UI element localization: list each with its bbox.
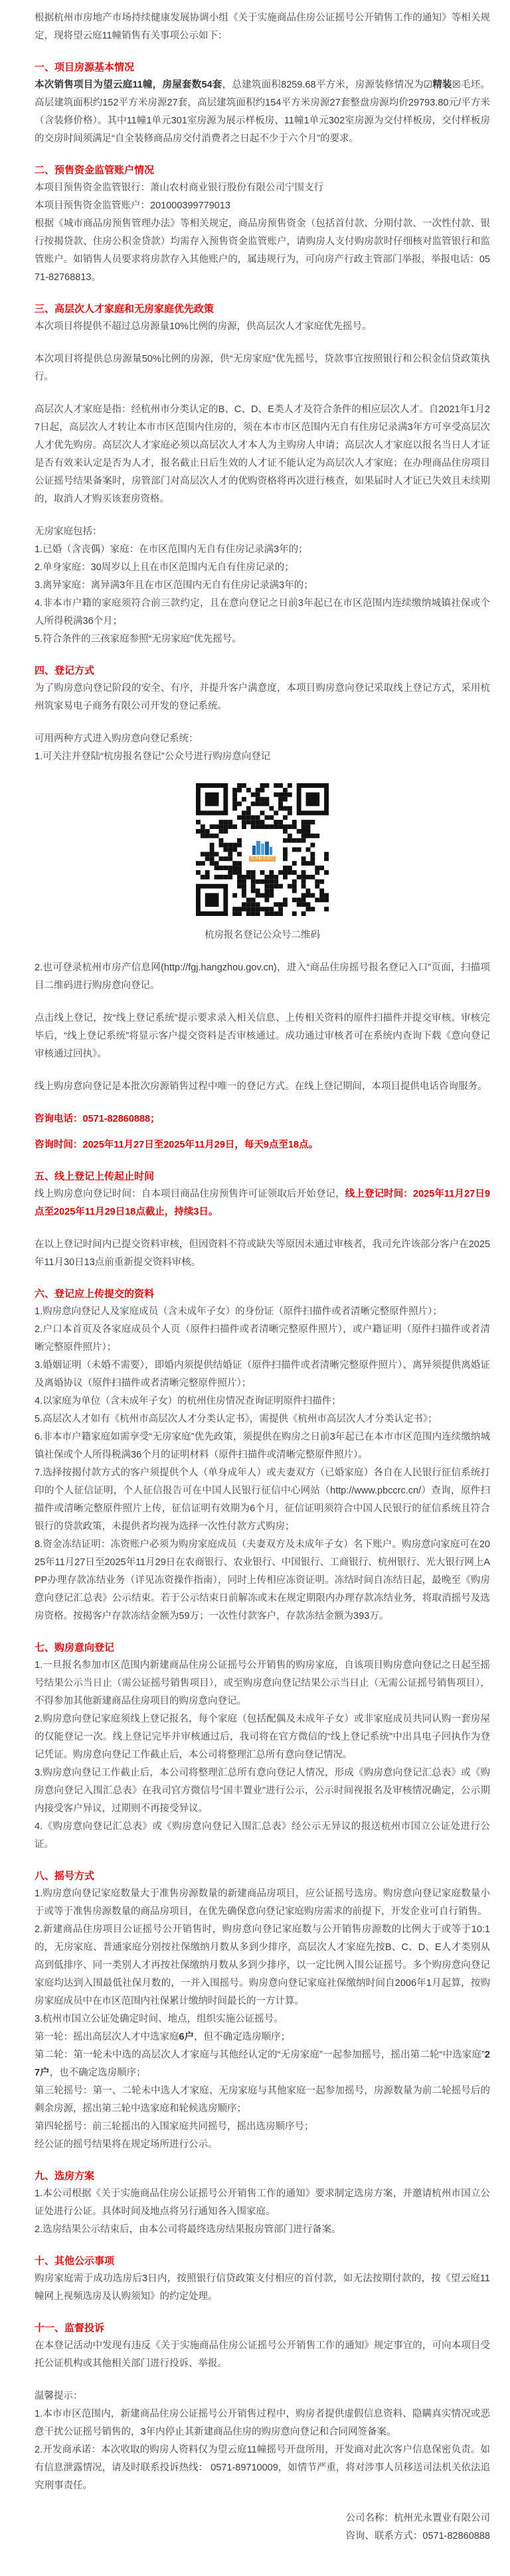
text-segment: 2.购房意向登记家庭须线上登记报名，每个家庭（包括配偶及未成年子女）或非家庭成员… <box>35 1714 490 1760</box>
text-segment: 1.购房意向登记家庭数量大于准售房源数量的新建商品房项目，应公证摇号选房。购房意… <box>35 1888 490 1917</box>
text-segment: 1.可关注并登陆“杭房报名登记”公众号进行购房意向登记 <box>35 751 270 762</box>
paragraph: 点击线上登记，按“线上登记系统”提示要求录入相关信息、上传相关资料的原件扫描件并… <box>35 1010 490 1063</box>
paragraph: 3.离异家庭：离异满3年且在市区范围内无自有住房记录满3年的； <box>35 577 490 595</box>
text-segment: 2.单身家庭：30周岁以上且在市区范围内无自有住房记录的； <box>35 562 294 573</box>
text-segment: 温馨提示： <box>35 2391 83 2401</box>
section-heading: 五、线上登记上传起止时间 <box>35 1168 490 1185</box>
paragraph: 在本登记活动中发现有违反《关于实施商品住房公证摇号公开销售工作的通知》规定事宜的… <box>35 2337 490 2373</box>
text-segment: 2.新建商品住房项目公证摇号公开销售时，购房意向登记家庭数与公开销售房源数的比例… <box>35 1924 490 2007</box>
text-segment: 点击线上登记，按“线上登记系统”提示要求录入相关信息、上传相关资料的原件扫描件并… <box>35 1013 490 1059</box>
paragraph: 可用两种方式进入购房意向登记系统： <box>35 730 490 748</box>
text-segment: 1.本市市区范围内，新建商品住房公证摇号公开销售过程中，购房者提供虚假信息资料、… <box>35 2409 490 2437</box>
paragraph: 5.高层次人才如有《杭州市高层次人才分类认定书》，需提供《杭州市高层次人才分类认… <box>35 1410 490 1428</box>
qr-caption: 杭房报名登记公众号二维码 <box>35 927 490 945</box>
paragraph: 咨询时间：2025年11月27日至2025年11月29日，每天9点至18点。 <box>35 1136 490 1154</box>
text-segment: 5.符合条件的三孩家庭参照“无房家庭”优先摇号。 <box>35 634 242 644</box>
qr-logo-text: 杭房报名登记 <box>249 856 276 862</box>
paragraph: 温馨提示： <box>35 2387 490 2405</box>
section-heading: 八、摇号方式 <box>35 1867 490 1885</box>
text-segment: 在本登记活动中发现有违反《关于实施商品住房公证摇号公开销售工作的通知》规定事宜的… <box>35 2340 490 2369</box>
text-segment: 2.户口本首页及各家庭成员个人页（原件扫描件或者清晰完整原件照片），或户籍证明（… <box>35 1324 490 1353</box>
paragraph: 1.已婚（含丧偶）家庭：在市区范围内无自有住房记录满3年的； <box>35 541 490 559</box>
paragraph: 8.资金冻结证明：冻资账户必须为购房家庭成员（夫妻双方及未成年子女）名下账户。购… <box>35 1536 490 1626</box>
paragraph: 经公证的摇号结果将在规定场所进行公示。 <box>35 2136 490 2154</box>
text-segment: 咨询电话：0571-82860888； <box>35 1114 160 1124</box>
paragraph: 高层次人才家庭是指：经杭州市分类认定的B、C、D、E类人才及符合条件的相应层次人… <box>35 401 490 508</box>
qr-code-block: 杭房报名登记杭房报名登记公众号二维码 <box>35 783 490 945</box>
paragraph: 2.新建商品住房项目公证摇号公开销售时，购房意向登记家庭数与公开销售房源数的比例… <box>35 1921 490 2010</box>
paragraph: 根据《城市商品房预售管理办法》等相关规定，商品房预售资金（包括首付款、分期付款、… <box>35 215 490 287</box>
section-heading: 七、购房意向登记 <box>35 1639 490 1657</box>
paragraph: 第一轮：摇出高层次人才中选家庭6户，但不确定选房顺序； <box>35 2028 490 2046</box>
text-segment: 咨询时间：2025年11月27日至2025年11月29日，每天9点至18点。 <box>35 1140 318 1150</box>
text-segment: 本项目预售资金监管账户：201000399779013 <box>35 200 230 211</box>
text-segment: 根据《城市商品房预售管理办法》等相关规定，商品房预售资金（包括首付款、分期付款、… <box>35 218 490 283</box>
qr-logo-buildings-icon <box>252 840 272 855</box>
paragraph: 为了购房意向登记阶段的安全、有序，并提升客户满意度，本项目购房意向登记采取线上登… <box>35 680 490 716</box>
announcement-document: 根据杭州市房地产市场持续健康发展协调小组《关于实施商品住房公证摇号公开销售工作的… <box>0 0 510 2576</box>
section-heading: 一、项目房源基本情况 <box>35 58 490 76</box>
paragraph: 3.婚姻证明（未婚不需要），即婚内须提供结婚证（原件扫描件或者清晰完整原件照片）… <box>35 1357 490 1393</box>
text-segment: 2.也可登录杭州市房产信息网(http://fgj.hangzhou.gov.c… <box>35 962 490 991</box>
paragraph: 7.选择按揭付款方式的客户须提供个人（单身成年人）或夫妻双方（已婚家庭）各自在人… <box>35 1464 490 1536</box>
text-segment: 第三轮摇号：第一、二轮未中选人才家庭、无房家庭与其他家庭一起参加摇号，房源数量为… <box>35 2085 490 2114</box>
text-segment: 3.婚姻证明（未婚不需要），即婚内须提供结婚证（原件扫描件或者清晰完整原件照片）… <box>35 1360 490 1389</box>
text-segment: 1.本公司根据《关于实施商品住房公证摇号公开销售工作的通知》要求制定选房方案，并… <box>35 2188 490 2217</box>
paragraph: 本项目预售资金监管账户：201000399779013 <box>35 197 490 215</box>
paragraph: 1.购房意向登记家庭数量大于准售房源数量的新建商品房项目，应公证摇号选房。购房意… <box>35 1885 490 1921</box>
paragraph: 线上购房意向登记是本批次房源销售过程中唯一的登记方式。在线上登记期间，本项目提供… <box>35 1078 490 1096</box>
text-segment: 在以上登记时间内已提交资料审核，但因资料不符或缺失等原因未通过审核者，我司允许该… <box>35 1239 490 1268</box>
paragraph: 在以上登记时间内已提交资料审核，但因资料不符或缺失等原因未通过审核者，我司允许该… <box>35 1236 490 1272</box>
text-segment: 本次项目将提供总房源量50%比例的房源，供“无房家庭”优先摇号，贷款事宜按照银行… <box>35 354 490 382</box>
text-segment: 2.开发商承诺：本次收取的购房人资料仅为望云庭11幢摇号开盘所用，开发商对此次客… <box>35 2445 490 2491</box>
paragraph: 2.也可登录杭州市房产信息网(http://fgj.hangzhou.gov.c… <box>35 959 490 995</box>
paragraph: 本次项目将提供总房源量50%比例的房源，供“无房家庭”优先摇号，贷款事宜按照银行… <box>35 350 490 386</box>
text-segment: 1.购房意向登记人及家庭成员（含未成年子女）的身份证（原件扫描件或者清晰完整原件… <box>35 1306 442 1317</box>
text-segment: 公司名称：杭州光永置业有限公司 <box>346 2513 491 2524</box>
text-segment: 6户 <box>179 2032 195 2042</box>
text-segment: 3.离异家庭：离异满3年且在市区范围内无自有住房记录满3年的； <box>35 580 313 591</box>
text-segment: ☑精装 <box>424 80 452 90</box>
paragraph: 6.非本市户籍家庭如需享受“无房家庭”优先政策，须提供在购房之日前3年起已在本市… <box>35 1428 490 1464</box>
text-segment: 1.已婚（含丧偶）家庭：在市区范围内无自有住房记录满3年的； <box>35 544 308 555</box>
text-segment: 无房家庭包括： <box>35 526 102 537</box>
text-segment: 购房家庭需于成功选房后3日内，按照银行信贷政策支付相应的首付款，如无法按期付款的… <box>35 2273 490 2302</box>
text-segment: 线上购房意向登记是本批次房源销售过程中唯一的登记方式。在线上登记期间，本项目提供… <box>35 1081 487 1092</box>
text-segment: 第一轮：摇出高层次人才中选家庭 <box>35 2032 179 2042</box>
text-segment: 高层次人才家庭是指：经杭州市分类认定的B、C、D、E类人才及符合条件的相应层次人… <box>35 404 490 504</box>
section-heading: 四、登记方式 <box>35 662 490 680</box>
paragraph: 根据杭州市房地产市场持续健康发展协调小组《关于实施商品住房公证摇号公开销售工作的… <box>35 9 490 45</box>
paragraph: 无房家庭包括： <box>35 523 490 541</box>
paragraph: 3.购房意向登记工作截止后，本公司将整理汇总所有意向登记人情况，形成《购房意向登… <box>35 1764 490 1818</box>
text-segment: 2.选房结果公示结束后，由本公司将最终选房结果报房管部门进行备案。 <box>35 2224 341 2235</box>
text-segment: 3.购房意向登记工作截止后，本公司将整理汇总所有意向登记人情况，形成《购房意向登… <box>35 1768 490 1814</box>
paragraph: 1.本公司根据《关于实施商品住房公证摇号公开销售工作的通知》要求制定选房方案，并… <box>35 2185 490 2221</box>
section-heading: 十、其他公示事项 <box>35 2252 490 2270</box>
text-segment: 根据杭州市房地产市场持续健康发展协调小组《关于实施商品住房公证摇号公开销售工作的… <box>35 13 490 41</box>
paragraph: 本次销售项目为望云庭11幢，房屋套数54套，总建筑面积8259.68平方米，房源… <box>35 76 490 148</box>
text-segment: 7.选择按揭付款方式的客户须提供个人（单身成年人）或夫妻双方（已婚家庭）各自在人… <box>35 1468 490 1532</box>
text-segment: 4.《购房意向登记汇总表》或《购房意向登记入围汇总表》经公示无异议的报送杭州市国… <box>35 1821 490 1850</box>
text-segment: 第四轮摇号：前三轮摇出的入围家庭共同摇号，摇出选房顺序号； <box>35 2121 314 2132</box>
text-segment: 3.杭州市国立公证处确定时间、地点，组织实施公证摇号。 <box>35 2014 284 2024</box>
section-heading: 二、预售资金监管账户情况 <box>35 161 490 179</box>
paragraph: 2.选房结果公示结束后，由本公司将最终选房结果报房管部门进行备案。 <box>35 2221 490 2239</box>
paragraph: 5.符合条件的三孩家庭参照“无房家庭”优先摇号。 <box>35 631 490 648</box>
paragraph: 第二轮：第一轮未中选的高层次人才家庭与其他经认定的“无房家庭”一起参加摇号，摇出… <box>35 2046 490 2082</box>
text-segment: 第二轮：第一轮未中选的高层次人才家庭与其他经认定的“无房家庭”一起参加摇号，摇出… <box>35 2050 485 2060</box>
paragraph: 第三轮摇号：第一、二轮未中选人才家庭、无房家庭与其他家庭一起参加摇号，房源数量为… <box>35 2082 490 2118</box>
paragraph: 4.非本市户籍的家庭须符合前三款约定，且在意向登记之日前3年起已在市区范围内连续… <box>35 595 490 631</box>
text-segment: 线上购房意向登记时间：自本项目商品住房预售许可证领取后开始登记， <box>35 1189 345 1199</box>
paragraph: 1.购房意向登记人及家庭成员（含未成年子女）的身份证（原件扫描件或者清晰完整原件… <box>35 1303 490 1321</box>
paragraph: 线上购房意向登记时间：自本项目商品住房预售许可证领取后开始登记，线上登记时间：2… <box>35 1185 490 1221</box>
paragraph: 1.一旦报名参加市区范围内新建商品住房公证摇号公开销售的购房家庭，自该项目购房意… <box>35 1657 490 1710</box>
text-segment: 8.资金冻结证明：冻资账户必须为购房家庭成员（夫妻双方及未成年子女）名下账户。购… <box>35 1539 490 1622</box>
paragraph: 购房家庭需于成功选房后3日内，按照银行信贷政策支付相应的首付款，如无法按期付款的… <box>35 2270 490 2306</box>
paragraph: 2.户口本首页及各家庭成员个人页（原件扫描件或者清晰完整原件照片），或户籍证明（… <box>35 1321 490 1357</box>
text-segment: 经公证的摇号结果将在规定场所进行公示。 <box>35 2139 218 2150</box>
text-segment: 为了购房意向登记阶段的安全、有序，并提升客户满意度，本项目购房意向登记采取线上登… <box>35 683 490 712</box>
text-segment: ，也不确定选房顺序； <box>50 2068 146 2078</box>
paragraph: 4.《购房意向登记汇总表》或《购房意向登记入围汇总表》经公示无异议的报送杭州市国… <box>35 1818 490 1854</box>
document-body: 根据杭州市房地产市场持续健康发展协调小组《关于实施商品住房公证摇号公开销售工作的… <box>35 9 490 2545</box>
paragraph: 第四轮摇号：前三轮摇出的入围家庭共同摇号，摇出选房顺序号； <box>35 2118 490 2136</box>
text-segment: ，但不确定选房顺序； <box>194 2032 290 2042</box>
section-heading: 九、选房方案 <box>35 2167 490 2185</box>
text-segment: ，总建筑面积8259.68平方米，房源装修情况为 <box>222 80 424 90</box>
paragraph: 咨询电话：0571-82860888； <box>35 1110 490 1128</box>
text-segment: 1.一旦报名参加市区范围内新建商品住房公证摇号公开销售的购房家庭，自该项目购房意… <box>35 1660 490 1706</box>
paragraph: 4.以家庭为单位（含未成年子女）的杭州住房情况查询证明原件扫描件； <box>35 1393 490 1410</box>
paragraph: 1.可关注并登陆“杭房报名登记”公众号进行购房意向登记 <box>35 748 490 766</box>
text-segment: 4.以家庭为单位（含未成年子女）的杭州住房情况查询证明原件扫描件； <box>35 1396 341 1406</box>
text-segment: 本次销售项目为望云庭11幢，房屋套数54套 <box>35 80 222 90</box>
text-segment: 4.非本市户籍的家庭须符合前三款约定，且在意向登记之日前3年起已在市区范围内连续… <box>35 598 490 627</box>
text-segment: 本次项目将提供不超过总房源量10%比例的房源，供高层次人才家庭优先摇号。 <box>35 321 372 332</box>
paragraph: 本项目预售资金监管银行：萧山农村商业银行股份有限公司宁围支行 <box>35 179 490 197</box>
paragraph: 2.购房意向登记家庭须线上登记报名，每个家庭（包括配偶及未成年子女）或非家庭成员… <box>35 1710 490 1764</box>
paragraph: 公司名称：杭州光永置业有限公司 <box>35 2510 490 2528</box>
paragraph: 1.本市市区范围内，新建商品住房公证摇号公开销售过程中，购房者提供虚假信息资料、… <box>35 2405 490 2441</box>
qr-code-image: 杭房报名登记 <box>196 783 329 916</box>
paragraph: 咨询、联系方式：0571-82860888 <box>35 2528 490 2545</box>
section-heading: 十一、监督投诉 <box>35 2319 490 2337</box>
text-segment: 本项目预售资金监管银行：萧山农村商业银行股份有限公司宁围支行 <box>35 183 323 193</box>
text-segment: 咨询、联系方式：0571-82860888 <box>345 2531 490 2541</box>
qr-logo: 杭房报名登记 <box>246 834 278 866</box>
text-segment: 可用两种方式进入购房意向登记系统： <box>35 733 199 744</box>
paragraph: 3.杭州市国立公证处确定时间、地点，组织实施公证摇号。 <box>35 2010 490 2028</box>
paragraph: 2.单身家庭：30周岁以上且在市区范围内无自有住房记录的； <box>35 559 490 577</box>
section-heading: 三、高层次人才家庭和无房家庭优先政策 <box>35 300 490 318</box>
paragraph: 本次项目将提供不超过总房源量10%比例的房源，供高层次人才家庭优先摇号。 <box>35 318 490 336</box>
text-segment: 6.非本市户籍家庭如需享受“无房家庭”优先政策，须提供在购房之日前3年起已在本市… <box>35 1432 490 1460</box>
text-segment: 5.高层次人才如有《杭州市高层次人才分类认定书》，需提供《杭州市高层次人才分类认… <box>35 1414 438 1424</box>
paragraph: 2.开发商承诺：本次收取的购房人资料仅为望云庭11幢摇号开盘所用，开发商对此次客… <box>35 2441 490 2495</box>
section-heading: 六、登记应上传提交的资料 <box>35 1285 490 1303</box>
